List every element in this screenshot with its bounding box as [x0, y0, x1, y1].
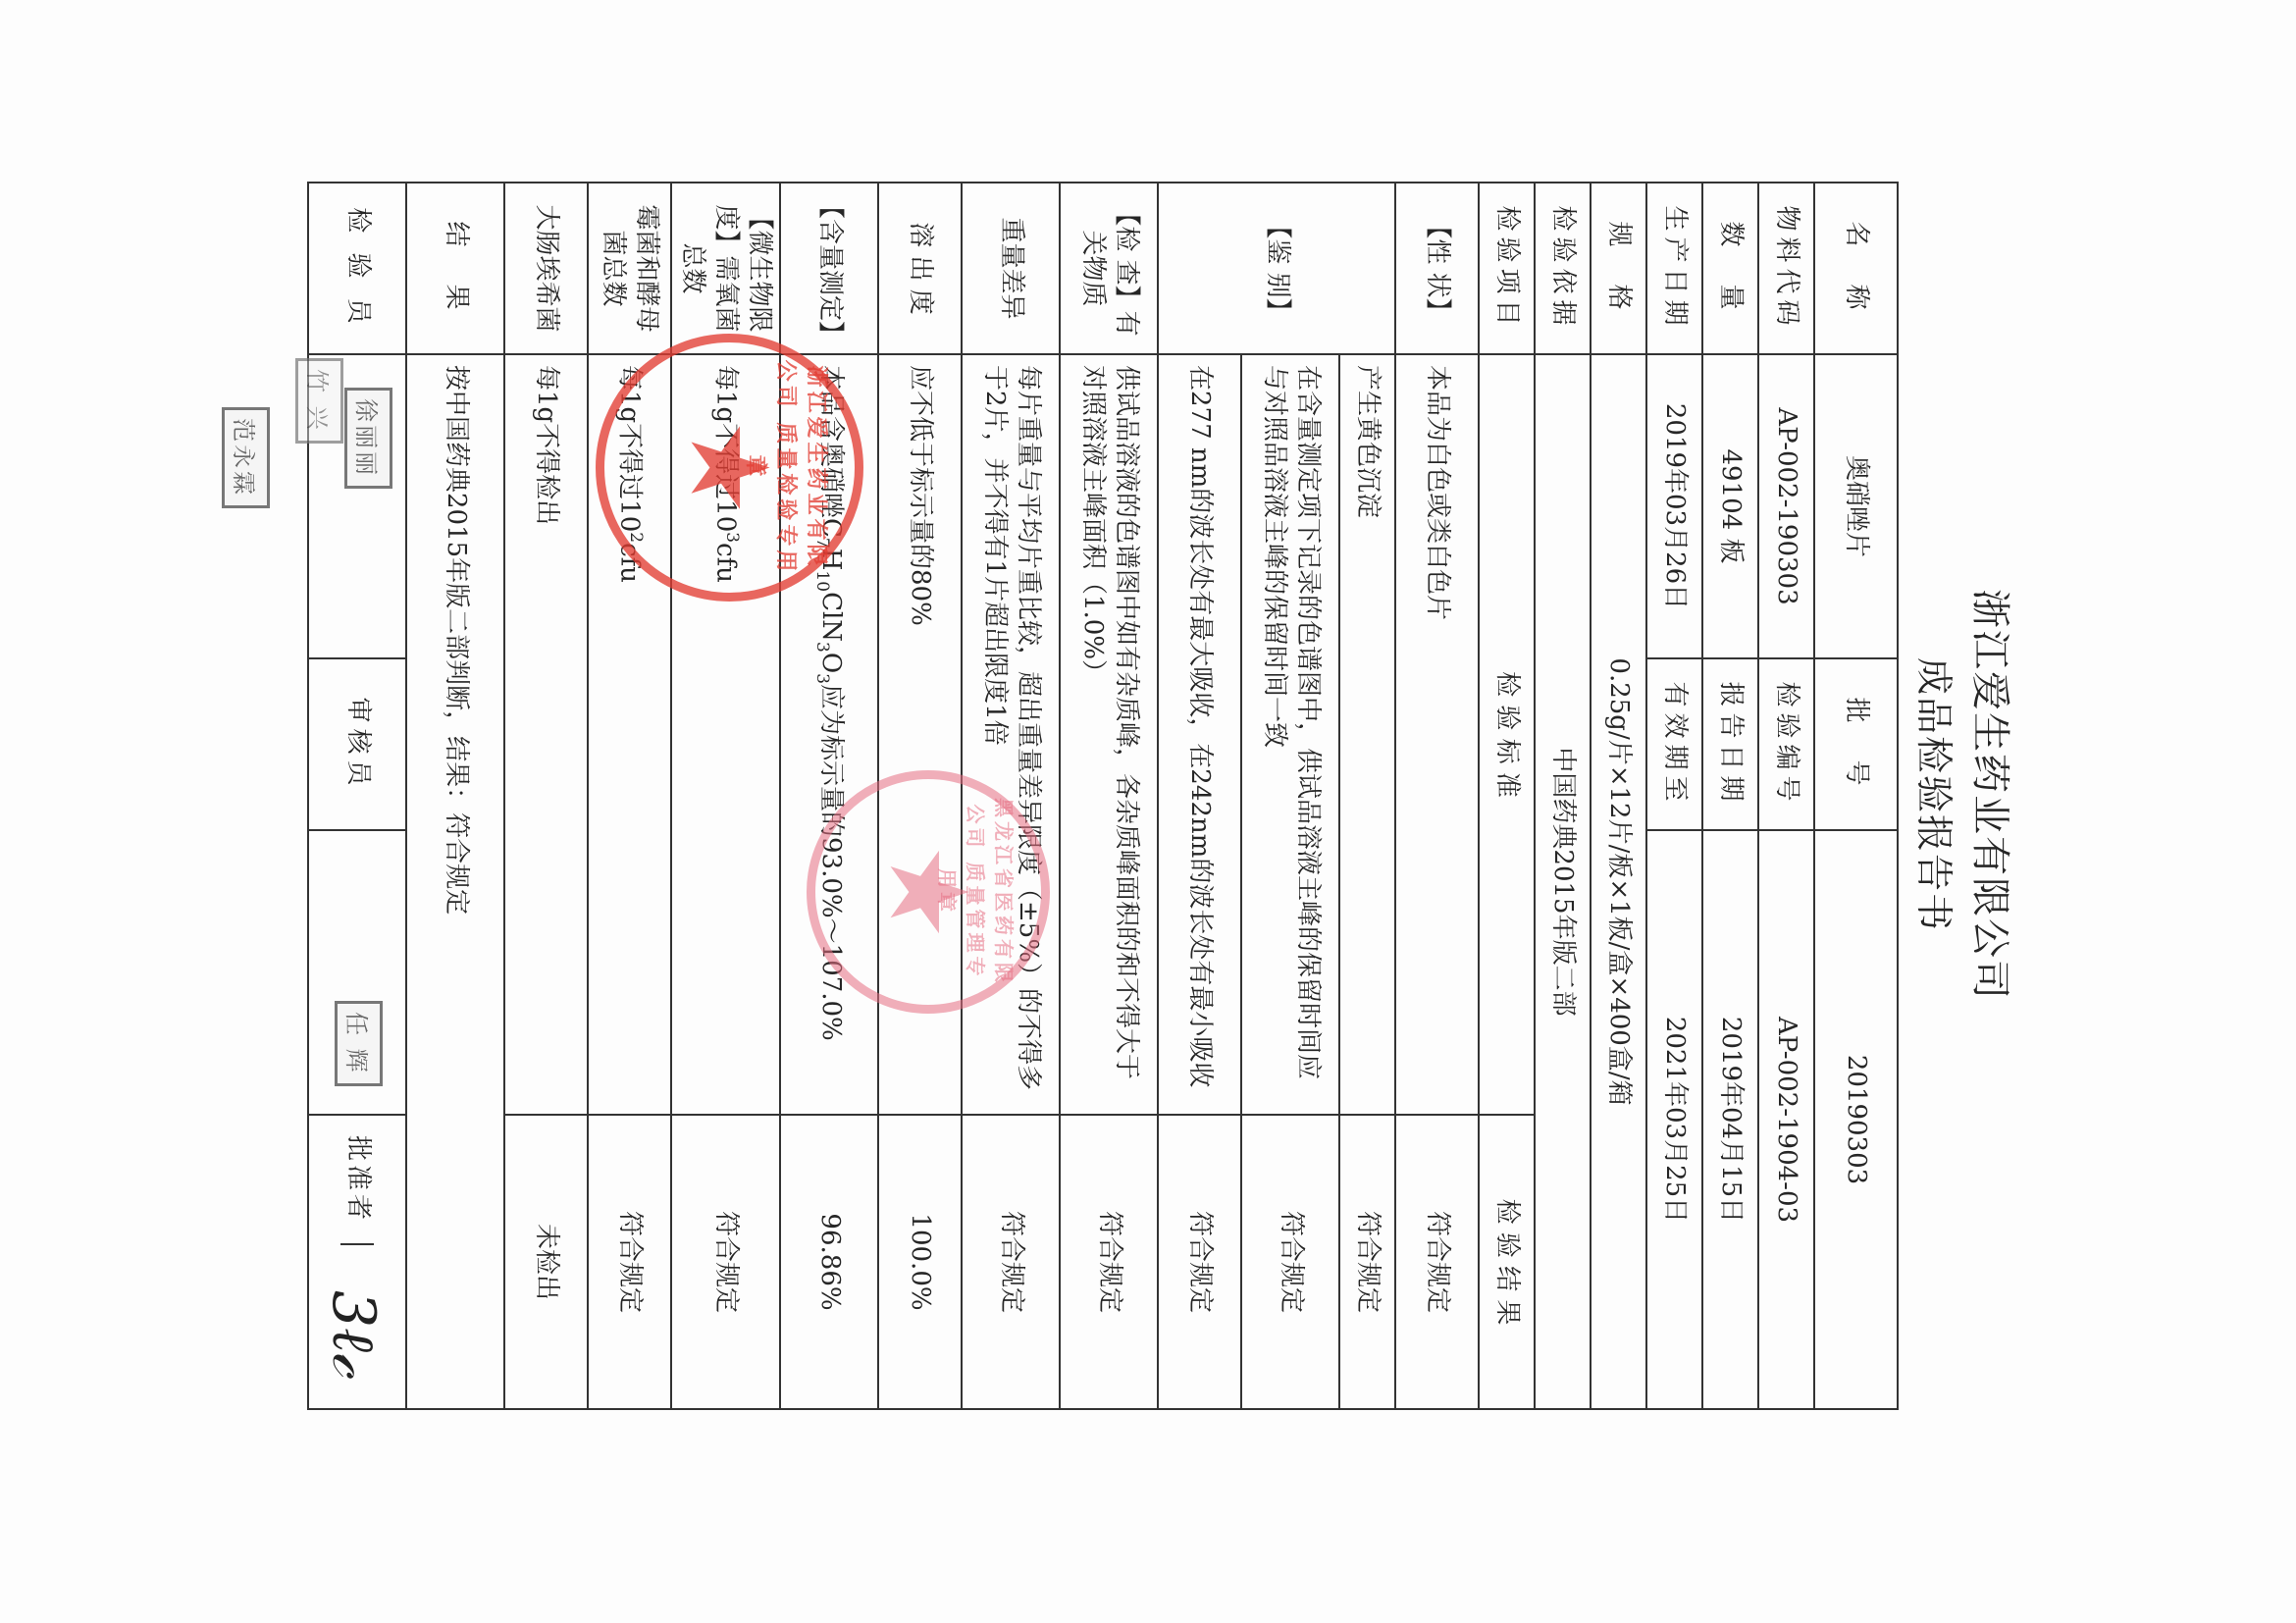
info-row-code: 物料代码 AP-002-190303 检验编号 AP-002-1904-03	[1758, 183, 1814, 1409]
reviewer-name-stamp: 任 辉	[335, 1001, 383, 1086]
test-result: 100.0%	[878, 1115, 962, 1409]
approver-signature: 3ℓ𝒸	[319, 1290, 388, 1376]
name-label: 名 称	[1814, 183, 1898, 354]
report-date-label: 报告日期	[1702, 658, 1758, 830]
test-result: 符合规定	[1339, 1115, 1395, 1409]
test-standard: 本品为白色或类白色片	[1395, 354, 1479, 1115]
test-item: 【微生物限度】需氧菌总数	[671, 183, 780, 354]
material-code-label: 物料代码	[1758, 183, 1814, 354]
column-header-row: 检验项目 检 验 标 准 检 验 结 果	[1479, 183, 1535, 1409]
outside-name-stamp: 范永霖	[222, 407, 270, 508]
column-header-item: 检验项目	[1479, 183, 1535, 354]
test-standard: 产生黄色沉淀	[1339, 354, 1395, 1115]
info-row-production: 生产日期 2019年03月26日 有效期至 2021年03月25日	[1646, 183, 1702, 1409]
test-result: 符合规定	[1395, 1115, 1479, 1409]
conclusion-row: 结 果 按中国药典2015年版二部判断，结果：符合规定	[406, 183, 504, 1409]
production-date-value: 2019年03月26日	[1646, 354, 1702, 658]
info-row-basis: 检验依据 中国药典2015年版二部	[1535, 183, 1591, 1409]
test-result: 符合规定	[671, 1115, 780, 1409]
basis-label: 检验依据	[1535, 183, 1591, 354]
test-item: 【含量测定】	[780, 183, 878, 354]
info-row-spec: 规 格 0.25g/片×12片/板×1板/盒×400盒/箱	[1591, 183, 1646, 1409]
report-date-value: 2019年04月15日	[1702, 830, 1758, 1409]
inspector-secondary-stamp: 竹 兴	[295, 358, 343, 444]
material-code-value: AP-002-190303	[1758, 354, 1814, 658]
test-row: 在含量测定项下记录的色谱图中，供试品溶液主峰的保留时间应与对照品溶液主峰的保留时…	[1241, 183, 1339, 1409]
conclusion-label: 结 果	[406, 183, 504, 354]
test-row: 【检 查】有关物质 供试品溶液的色谱图中如有杂质峰，各杂质峰面积的和不得大于对照…	[1060, 183, 1158, 1409]
inspection-table: 名 称 奥硝唑片 批 号 20190303 物料代码 AP-002-190303…	[307, 182, 1899, 1410]
spec-value: 0.25g/片×12片/板×1板/盒×400盒/箱	[1591, 354, 1646, 1409]
test-no-label: 检验编号	[1758, 658, 1814, 830]
test-row: 【性 状】 本品为白色或类白色片 符合规定	[1395, 183, 1479, 1409]
column-header-result: 检 验 结 果	[1479, 1115, 1535, 1409]
expiry-label: 有效期至	[1646, 658, 1702, 830]
test-result: 符合规定	[1241, 1115, 1339, 1409]
test-no-value: AP-002-1904-03	[1758, 830, 1814, 1409]
test-item: 【性 状】	[1395, 183, 1479, 354]
test-row: 在277 nm的波长处有最大吸收，在242nm的波长处有最小吸收 符合规定	[1158, 183, 1241, 1409]
company-name: 浙江爱生药业有限公司	[1965, 182, 2021, 1408]
spec-label: 规 格	[1591, 183, 1646, 354]
test-result: 符合规定	[588, 1115, 671, 1409]
test-standard: 在277 nm的波长处有最大吸收，在242nm的波长处有最小吸收	[1158, 354, 1241, 1115]
column-header-standard: 检 验 标 准	[1479, 354, 1535, 1115]
quantity-label: 数 量	[1702, 183, 1758, 354]
expiry-value: 2021年03月25日	[1646, 830, 1702, 1409]
reviewer-label: 审核员	[308, 658, 406, 830]
conclusion-text: 按中国药典2015年版二部判断，结果：符合规定	[406, 354, 504, 1409]
inspector-name-stamp: 徐丽丽	[344, 388, 392, 489]
approver-label: 批准者	[340, 1116, 374, 1245]
test-result: 未检出	[504, 1115, 588, 1409]
test-row: 【鉴 别】 产生黄色沉淀 符合规定	[1339, 183, 1395, 1409]
test-item-identification: 【鉴 别】	[1158, 183, 1395, 354]
batch-label: 批 号	[1814, 658, 1898, 830]
test-result: 96.86%	[780, 1115, 878, 1409]
test-item: 重量差异	[962, 183, 1060, 354]
test-standard: 每1g不得检出	[504, 354, 588, 1115]
company-seal: ★ 浙江爱生药业有限公司 质量检验专用章	[596, 334, 863, 602]
test-item: 霉菌和酵母菌总数	[588, 183, 671, 354]
test-item: 【检 查】有关物质	[1060, 183, 1158, 354]
production-date-label: 生产日期	[1646, 183, 1702, 354]
info-row-name: 名 称 奥硝唑片 批 号 20190303	[1814, 183, 1898, 1409]
test-result: 符合规定	[1060, 1115, 1158, 1409]
test-item: 大肠埃希菌	[504, 183, 588, 354]
seal-text: 黑龙江省医药有限公司 质量管理专用章	[829, 793, 1027, 991]
test-standard: 在含量测定项下记录的色谱图中，供试品溶液主峰的保留时间应与对照品溶液主峰的保留时…	[1241, 354, 1339, 1115]
receiver-seal: ★ 黑龙江省医药有限公司 质量管理专用章	[807, 770, 1050, 1014]
quantity-value: 49104 板	[1702, 354, 1758, 658]
seal-text: 浙江爱生药业有限公司 质量检验专用章	[618, 356, 841, 579]
basis-value: 中国药典2015年版二部	[1535, 354, 1591, 1409]
inspection-report-document: 浙江爱生药业有限公司 成品检验报告书 名 称 奥硝唑片 批 号 20190303…	[275, 182, 2021, 1408]
report-title: 成品检验报告书	[1910, 182, 1964, 1408]
batch-value: 20190303	[1814, 830, 1898, 1409]
test-item: 溶 出 度	[878, 183, 962, 354]
test-result: 符合规定	[962, 1115, 1060, 1409]
test-result: 符合规定	[1158, 1115, 1241, 1409]
test-standard: 供试品溶液的色谱图中如有杂质峰，各杂质峰面积的和不得大于对照溶液主峰面积（1.0…	[1060, 354, 1158, 1115]
test-row: 大肠埃希菌 每1g不得检出 未检出	[504, 183, 588, 1409]
name-value: 奥硝唑片	[1814, 354, 1898, 658]
info-row-quantity: 数 量 49104 板 报告日期 2019年04月15日	[1702, 183, 1758, 1409]
inspector-label: 检 验 员	[308, 183, 406, 354]
